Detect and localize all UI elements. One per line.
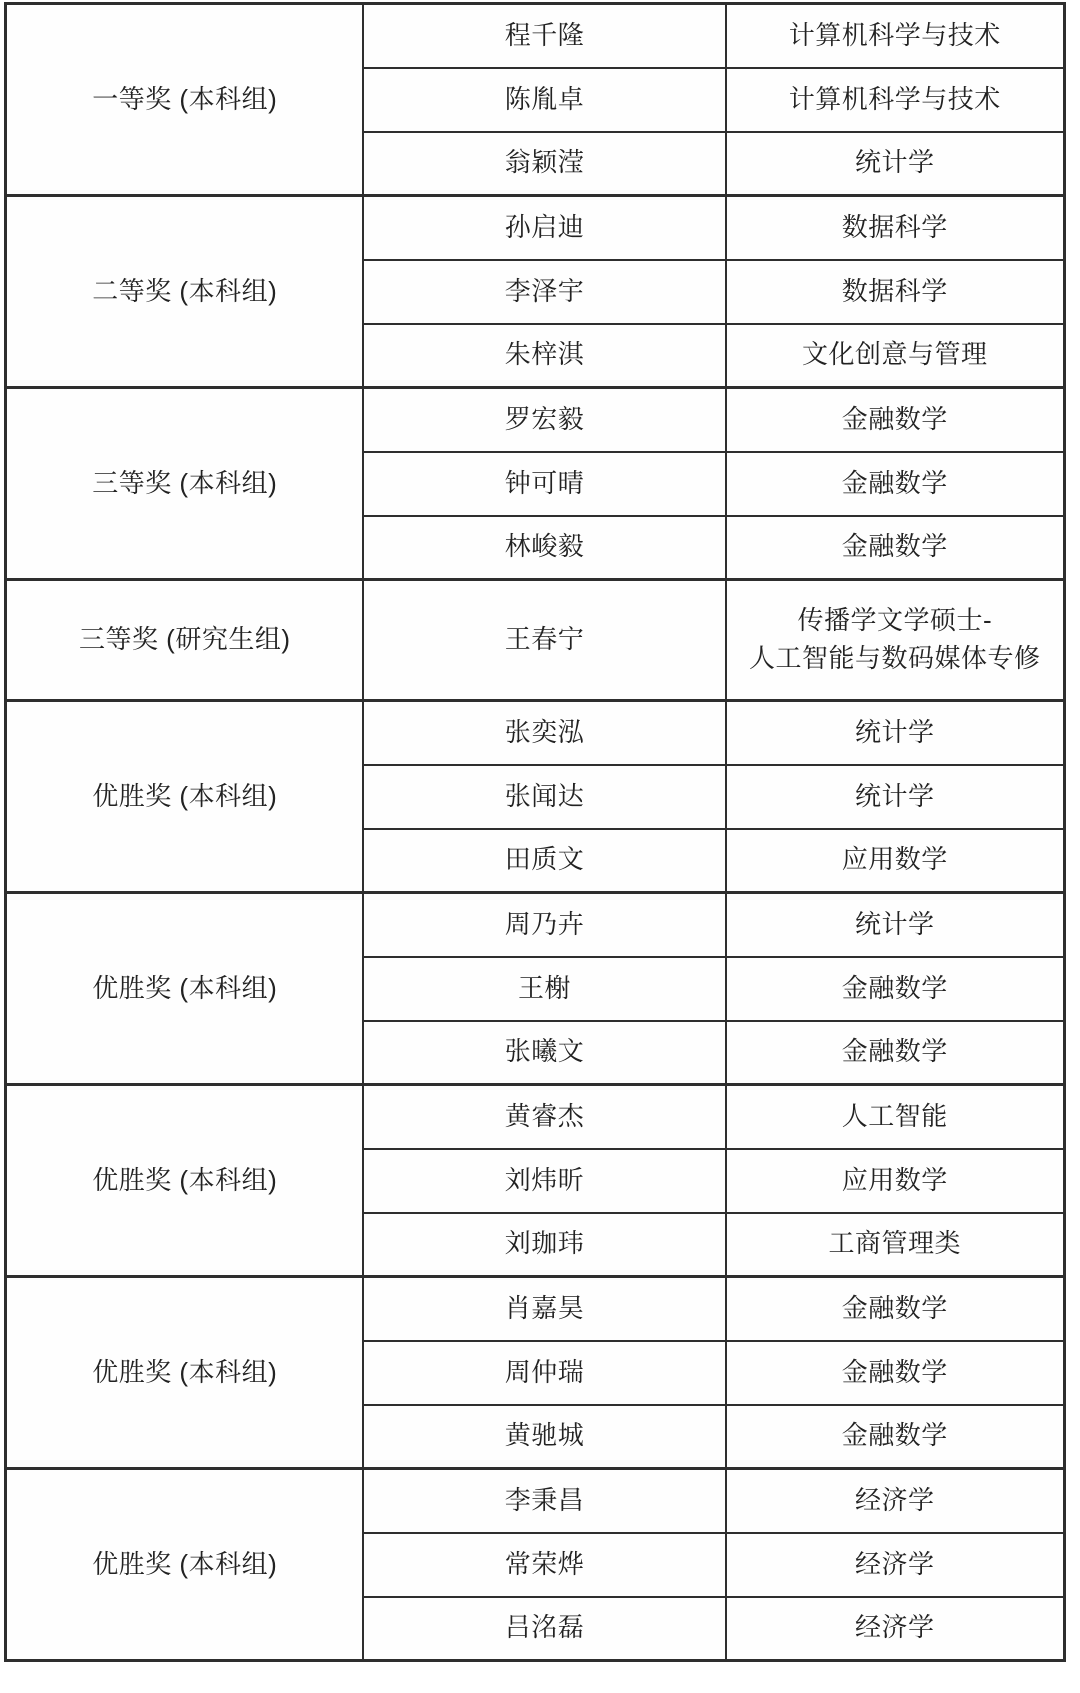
name-cell: 周乃卉	[363, 893, 725, 957]
major-cell: 数据科学	[726, 196, 1065, 260]
major-cell: 应用数学	[726, 829, 1065, 893]
award-cell: 二等奖 (本科组)	[6, 196, 364, 388]
major-cell: 金融数学	[726, 452, 1065, 516]
name-cell: 肖嘉昊	[363, 1277, 725, 1341]
name-cell: 张曦文	[363, 1021, 725, 1085]
major-cell: 统计学	[726, 132, 1065, 196]
name-cell: 朱梓淇	[363, 324, 725, 388]
name-cell: 翁颖滢	[363, 132, 725, 196]
award-cell: 一等奖 (本科组)	[6, 4, 364, 196]
name-cell: 李秉昌	[363, 1469, 725, 1533]
award-cell: 优胜奖 (本科组)	[6, 701, 364, 893]
name-cell: 陈胤卓	[363, 68, 725, 132]
table-row: 优胜奖 (本科组)周乃卉统计学	[6, 893, 1065, 957]
name-cell: 常荣烨	[363, 1533, 725, 1597]
major-cell: 统计学	[726, 765, 1065, 829]
name-cell: 李泽宇	[363, 260, 725, 324]
award-table-body: 一等奖 (本科组)程千隆计算机科学与技术陈胤卓计算机科学与技术翁颖滢统计学二等奖…	[6, 4, 1065, 1661]
major-cell: 统计学	[726, 701, 1065, 765]
major-cell: 统计学	[726, 893, 1065, 957]
award-cell: 优胜奖 (本科组)	[6, 1469, 364, 1661]
name-cell: 黄睿杰	[363, 1085, 725, 1149]
table-row: 三等奖 (研究生组)王春宁传播学文学硕士- 人工智能与数码媒体专修	[6, 580, 1065, 701]
table-row: 优胜奖 (本科组)黄睿杰人工智能	[6, 1085, 1065, 1149]
major-cell: 金融数学	[726, 957, 1065, 1021]
name-cell: 张奕泓	[363, 701, 725, 765]
table-row: 优胜奖 (本科组)张奕泓统计学	[6, 701, 1065, 765]
major-cell: 数据科学	[726, 260, 1065, 324]
major-cell: 金融数学	[726, 1277, 1065, 1341]
major-cell: 传播学文学硕士- 人工智能与数码媒体专修	[726, 580, 1065, 701]
major-cell: 工商管理类	[726, 1213, 1065, 1277]
major-cell: 金融数学	[726, 1021, 1065, 1085]
name-cell: 周仲瑞	[363, 1341, 725, 1405]
major-cell: 金融数学	[726, 516, 1065, 580]
major-cell: 经济学	[726, 1533, 1065, 1597]
award-cell: 三等奖 (研究生组)	[6, 580, 364, 701]
major-cell: 计算机科学与技术	[726, 68, 1065, 132]
name-cell: 罗宏毅	[363, 388, 725, 452]
name-cell: 黄驰城	[363, 1405, 725, 1469]
major-cell: 文化创意与管理	[726, 324, 1065, 388]
table-row: 二等奖 (本科组)孙启迪数据科学	[6, 196, 1065, 260]
name-cell: 程千隆	[363, 4, 725, 68]
award-cell: 三等奖 (本科组)	[6, 388, 364, 580]
name-cell: 张闻达	[363, 765, 725, 829]
major-cell: 应用数学	[726, 1149, 1065, 1213]
major-cell: 人工智能	[726, 1085, 1065, 1149]
award-cell: 优胜奖 (本科组)	[6, 893, 364, 1085]
name-cell: 孙启迪	[363, 196, 725, 260]
table-row: 三等奖 (本科组)罗宏毅金融数学	[6, 388, 1065, 452]
name-cell: 林峻毅	[363, 516, 725, 580]
award-list-page: 一等奖 (本科组)程千隆计算机科学与技术陈胤卓计算机科学与技术翁颖滢统计学二等奖…	[0, 0, 1080, 1693]
major-cell: 金融数学	[726, 1405, 1065, 1469]
major-cell: 金融数学	[726, 388, 1065, 452]
table-row: 优胜奖 (本科组)李秉昌经济学	[6, 1469, 1065, 1533]
name-cell: 王春宁	[363, 580, 725, 701]
award-cell: 优胜奖 (本科组)	[6, 1085, 364, 1277]
major-cell: 金融数学	[726, 1341, 1065, 1405]
major-cell: 计算机科学与技术	[726, 4, 1065, 68]
major-cell: 经济学	[726, 1469, 1065, 1533]
major-cell: 经济学	[726, 1597, 1065, 1661]
award-table: 一等奖 (本科组)程千隆计算机科学与技术陈胤卓计算机科学与技术翁颖滢统计学二等奖…	[4, 2, 1066, 1662]
name-cell: 刘珈玮	[363, 1213, 725, 1277]
name-cell: 田质文	[363, 829, 725, 893]
name-cell: 刘炜昕	[363, 1149, 725, 1213]
name-cell: 吕洺磊	[363, 1597, 725, 1661]
name-cell: 王榭	[363, 957, 725, 1021]
award-cell: 优胜奖 (本科组)	[6, 1277, 364, 1469]
name-cell: 钟可晴	[363, 452, 725, 516]
table-row: 优胜奖 (本科组)肖嘉昊金融数学	[6, 1277, 1065, 1341]
table-row: 一等奖 (本科组)程千隆计算机科学与技术	[6, 4, 1065, 68]
